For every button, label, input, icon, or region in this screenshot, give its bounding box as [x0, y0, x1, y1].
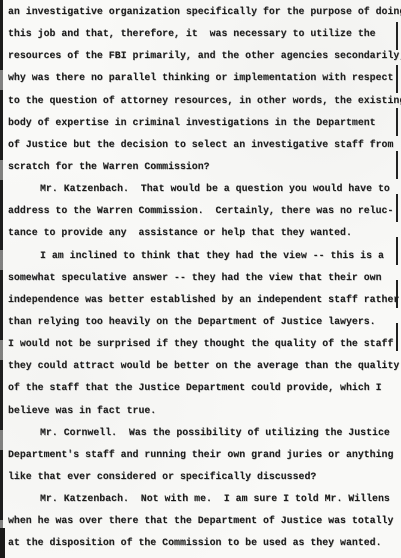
text-line: independence was better established by a…: [8, 289, 401, 311]
scan-border-left-line: [0, 0, 3, 558]
text-line: Mr. Katzenbach. That would be a question…: [8, 178, 401, 200]
text-line: I am inclined to think that they had the…: [8, 245, 401, 267]
text-line: of Justice but the decision to select an…: [8, 134, 401, 156]
text-line: I would not be surprised if they thought…: [8, 333, 401, 355]
text-line: this job and that, therefore, it was nec…: [8, 23, 401, 45]
text-line: address to the Warren Commission. Certai…: [8, 200, 401, 222]
text-line: like that ever considered or specificall…: [8, 466, 401, 488]
scan-ink-blot: [0, 528, 5, 558]
text-line: of the staff that the Justice Department…: [8, 377, 401, 399]
text-line: believe was in fact true.: [8, 400, 401, 422]
text-line: they could attract would be better on th…: [8, 355, 401, 377]
text-line: resources of the FBI primarily, and the …: [8, 45, 401, 67]
text-line: body of expertise in criminal investigat…: [8, 112, 401, 134]
text-line: than relying too heavily on the Departme…: [8, 311, 401, 333]
text-line: an investigative organization specifical…: [8, 1, 401, 23]
text-line: Mr. Cornwell. Was the possibility of uti…: [8, 422, 401, 444]
text-line: scratch for the Warren Commission?: [8, 156, 401, 178]
page-text: an investigative organization specifical…: [8, 1, 401, 555]
text-line: tance to provide any assistance or help …: [8, 222, 401, 244]
text-line: Department's staff and running their own…: [8, 444, 401, 466]
text-line: at the disposition of the Commission to …: [8, 532, 401, 554]
text-line: Mr. Katzenbach. Not with me. I am sure I…: [8, 488, 401, 510]
text-line: when he was over there that the Departme…: [8, 510, 401, 532]
text-line: to the question of attorney resources, i…: [8, 90, 401, 112]
document-page: an investigative organization specifical…: [0, 0, 401, 558]
text-line: why was there no parallel thinking or im…: [8, 67, 401, 89]
text-line: somewhat speculative answer -- they had …: [8, 267, 401, 289]
